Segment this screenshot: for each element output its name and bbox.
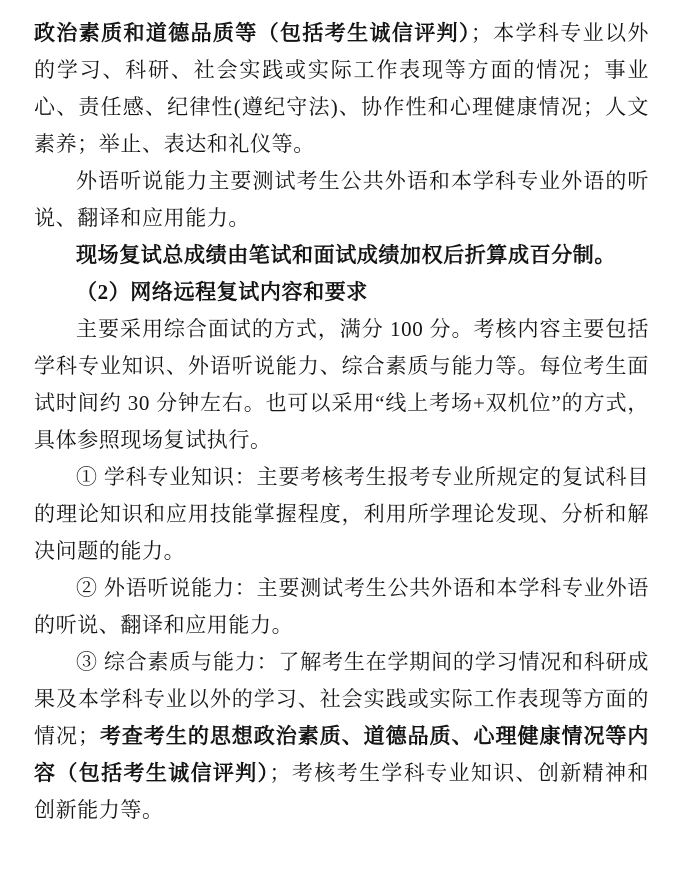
paragraph: ③ 综合素质与能力：了解考生在学期间的学习情况和科研成果及本学科专业以外的学习、… bbox=[34, 644, 649, 829]
bold-text-run: 现场复试总成绩由笔试和面试成绩加权后折算成百分制。 bbox=[76, 243, 616, 267]
paragraph: 外语听说能力主要测试考生公共外语和本学科专业外语的听说、翻译和应用能力。 bbox=[34, 163, 649, 237]
text-run: 外语听说能力主要测试考生公共外语和本学科专业外语的听说、翻译和应用能力。 bbox=[34, 169, 649, 230]
paragraph: ② 外语听说能力：主要测试考生公共外语和本学科专业外语的听说、翻译和应用能力。 bbox=[34, 570, 649, 644]
bold-text-run: 政治素质和道德品质等（包括考生诚信评判） bbox=[34, 21, 471, 45]
document-page: 政治素质和道德品质等（包括考生诚信评判）；本学科专业以外的学习、科研、社会实践或… bbox=[0, 0, 687, 871]
paragraph: 政治素质和道德品质等（包括考生诚信评判）；本学科专业以外的学习、科研、社会实践或… bbox=[34, 15, 649, 163]
text-run: ② 外语听说能力：主要测试考生公共外语和本学科专业外语的听说、翻译和应用能力。 bbox=[34, 576, 649, 637]
text-run: 主要采用综合面试的方式，满分 100 分。考核内容主要包括学科专业知识、外语听说… bbox=[34, 317, 649, 452]
text-run: ① 学科专业知识：主要考核考生报考专业所规定的复试科目的理论知识和应用技能掌握程… bbox=[34, 465, 649, 563]
paragraph: ① 学科专业知识：主要考核考生报考专业所规定的复试科目的理论知识和应用技能掌握程… bbox=[34, 459, 649, 570]
bold-text-run: （2）网络远程复试内容和要求 bbox=[76, 280, 368, 304]
paragraph: （2）网络远程复试内容和要求 bbox=[34, 274, 649, 311]
paragraph: 现场复试总成绩由笔试和面试成绩加权后折算成百分制。 bbox=[34, 237, 649, 274]
paragraph: 主要采用综合面试的方式，满分 100 分。考核内容主要包括学科专业知识、外语听说… bbox=[34, 311, 649, 459]
document-body: 政治素质和道德品质等（包括考生诚信评判）；本学科专业以外的学习、科研、社会实践或… bbox=[34, 15, 649, 829]
